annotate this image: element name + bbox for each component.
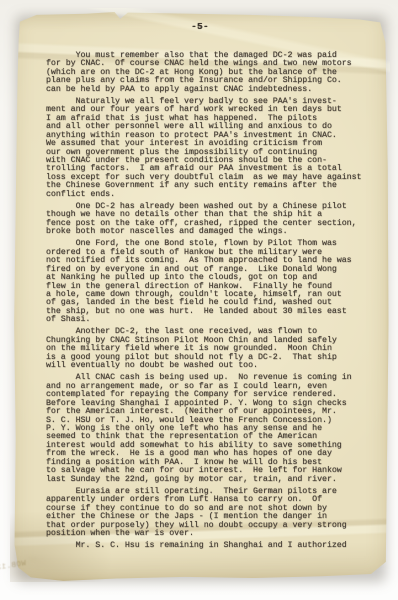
letter-content: -5- You must remember also that the dama… (10, 8, 390, 582)
page-number: -5- (10, 22, 390, 32)
bleedthrough-pencil-notation: WOB.131.036 (0, 560, 27, 577)
paragraph: Naturally we all feel very badly to see … (46, 98, 372, 199)
paragraph: You must remember also that the damaged … (46, 52, 372, 94)
paragraph: One DC-2 has already been washed out by … (46, 203, 372, 237)
paragraph: Eurasia are still operating. Their Germa… (46, 488, 372, 539)
paragraph: Another DC-2, the last one received, was… (46, 328, 372, 370)
paragraph: All CNAC cash is being used up. No reven… (46, 374, 372, 484)
letter-body: You must remember also that the damaged … (46, 52, 372, 554)
paragraph: Mr. S. C. Hsu is remaining in Shanghai a… (46, 542, 372, 550)
paragraph: One Ford, the one Bond stole, flown by P… (46, 240, 372, 325)
scanned-letter-page: -5- You must remember also that the dama… (0, 0, 398, 600)
